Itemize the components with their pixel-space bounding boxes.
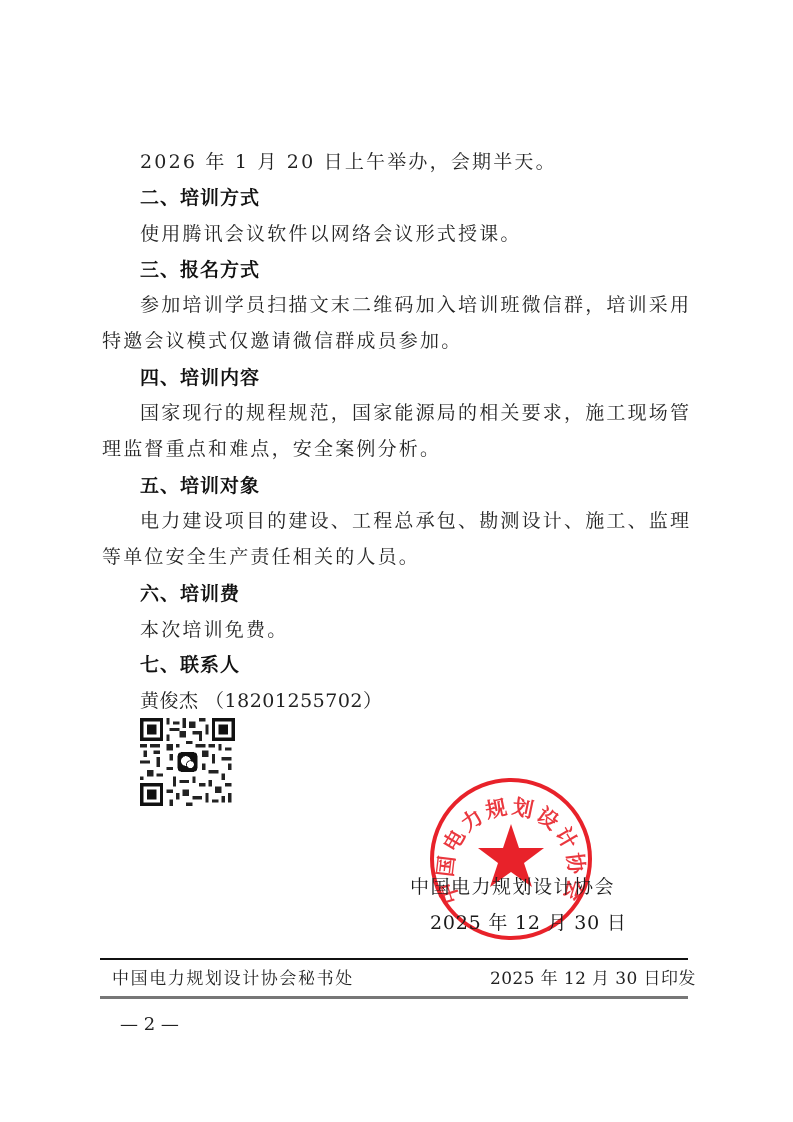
section-heading-audience: 五、培训对象 — [140, 474, 260, 498]
training-method-paragraph: 使用腾讯会议软件以网络会议形式授课。 — [140, 222, 522, 246]
footer-issue-date: 2025 年 12 月 30 日印发 — [490, 967, 696, 991]
audience-paragraph-line2: 等单位安全生产责任相关的人员。 — [102, 545, 420, 569]
section-heading-fee: 六、培训费 — [140, 582, 240, 606]
content-paragraph-line2: 理监督重点和难点，安全案例分析。 — [102, 437, 441, 461]
time-paragraph: 2026 年 1 月 20 日上午举办，会期半天。 — [140, 150, 557, 174]
section-heading-training-method: 二、培训方式 — [140, 186, 260, 210]
fee-paragraph: 本次培训免费。 — [140, 618, 288, 642]
contact-person: 黄俊杰 （18201255702） — [140, 689, 383, 713]
audience-paragraph-line1: 电力建设项目的建设、工程总承包、勘测设计、施工、监理 — [140, 509, 691, 533]
footer-top-rule — [100, 958, 688, 960]
page-number: — 2 — — [120, 1013, 179, 1037]
footer-bottom-rule — [100, 996, 688, 999]
section-heading-contact: 七、联系人 — [140, 653, 240, 677]
wechat-qr-code-icon[interactable] — [140, 718, 235, 806]
registration-paragraph-line1: 参加培训学员扫描文末二维码加入培训班微信群，培训采用 — [140, 293, 688, 317]
content-paragraph-line1: 国家现行的规程规范，国家能源局的相关要求，施工现场管 — [140, 401, 691, 425]
section-heading-content: 四、培训内容 — [140, 366, 260, 390]
registration-paragraph-line2: 特邀会议模式仅邀请微信群成员参加。 — [102, 329, 462, 353]
registration-line1-text: 参加培训学员扫描文末二维码加入培训班微信群，培训采用 — [140, 294, 691, 316]
signature-organization: 中国电力规划设计协会 — [410, 875, 615, 899]
footer-issuer: 中国电力规划设计协会秘书处 — [112, 967, 354, 991]
section-heading-registration: 三、报名方式 — [140, 258, 260, 282]
signature-date: 2025 年 12 月 30 日 — [430, 911, 627, 935]
